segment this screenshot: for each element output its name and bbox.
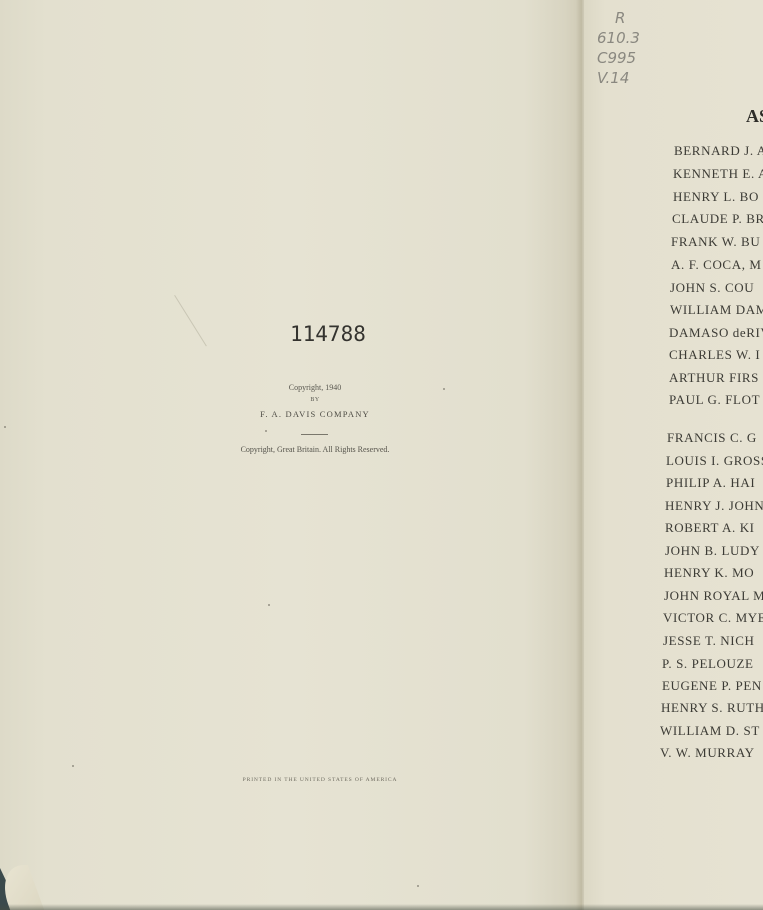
contributor-name: CHARLES W. I	[669, 347, 760, 363]
contributor-name: FRANK W. BU	[671, 234, 760, 250]
paper-crease	[174, 295, 207, 346]
handwritten-call-number: R 610.3 C995 V.14	[597, 8, 640, 88]
contributor-name: HENRY L. BO	[673, 189, 759, 205]
contributor-name: JOHN ROYAL M	[664, 588, 763, 604]
contributor-name: EUGENE P. PEN	[662, 678, 762, 694]
contributor-name: LOUIS I. GROSS	[666, 453, 763, 469]
contributor-name: HENRY K. MO	[664, 565, 754, 581]
printed-in-notice: PRINTED IN THE UNITED STATES OF AMERICA	[220, 777, 420, 783]
contributor-name: CLAUDE P. BR	[672, 211, 763, 227]
contributor-name: PAUL G. FLOT	[669, 392, 760, 408]
contributor-name: JESSE T. NICH	[663, 633, 754, 649]
paper-speck	[268, 604, 270, 606]
publisher-name: F. A. DAVIS COMPANY	[200, 409, 430, 419]
call-number-line: R	[597, 8, 640, 28]
contributor-name: V. W. MURRAY	[660, 745, 755, 761]
accession-number: 114788	[290, 322, 366, 346]
contributor-name: ROBERT A. KI	[665, 520, 755, 536]
bottom-shadow	[0, 904, 763, 910]
paper-speck	[4, 426, 6, 428]
contributor-name: PHILIP A. HAI	[666, 475, 755, 491]
contributor-name: A. F. COCA, M	[671, 257, 762, 273]
call-number-line: 610.3	[597, 28, 640, 48]
paper-speck	[265, 430, 267, 432]
contributor-name: JOHN S. COU	[670, 280, 754, 296]
call-number-line: V.14	[597, 68, 640, 88]
paper-speck	[443, 388, 445, 390]
contributor-name: DAMASO deRIV	[669, 325, 763, 341]
paper-speck	[72, 765, 74, 767]
contributor-name: JOHN B. LUDY	[665, 543, 760, 559]
divider-rule	[301, 434, 328, 435]
contributor-name: BERNARD J. A	[674, 143, 763, 159]
by-label: BY	[200, 397, 430, 403]
contributor-name: HENRY J. JOHN	[665, 498, 763, 514]
rights-notice: Copyright, Great Britain. All Rights Res…	[200, 445, 430, 454]
paper-speck	[417, 885, 419, 887]
left-page: 114788 Copyright, 1940 BY F. A. DAVIS CO…	[0, 0, 582, 910]
contributor-name: FRANCIS C. G	[667, 430, 757, 446]
right-page-heading: AS	[746, 106, 763, 127]
contributor-name: KENNETH E. A	[673, 166, 763, 182]
call-number-line: C995	[597, 48, 640, 68]
contributor-name: ARTHUR FIRS	[669, 370, 759, 386]
contributor-name: P. S. PELOUZE	[662, 656, 754, 672]
contributor-name: VICTOR C. MYE	[663, 610, 763, 626]
book-spread: 114788 Copyright, 1940 BY F. A. DAVIS CO…	[0, 0, 763, 910]
contributor-name: WILLIAM D. ST	[660, 723, 760, 739]
contributor-name: WILLIAM DAM	[670, 302, 763, 318]
copyright-notice: Copyright, 1940	[200, 383, 430, 392]
contributor-name: HENRY S. RUTH	[661, 700, 763, 716]
